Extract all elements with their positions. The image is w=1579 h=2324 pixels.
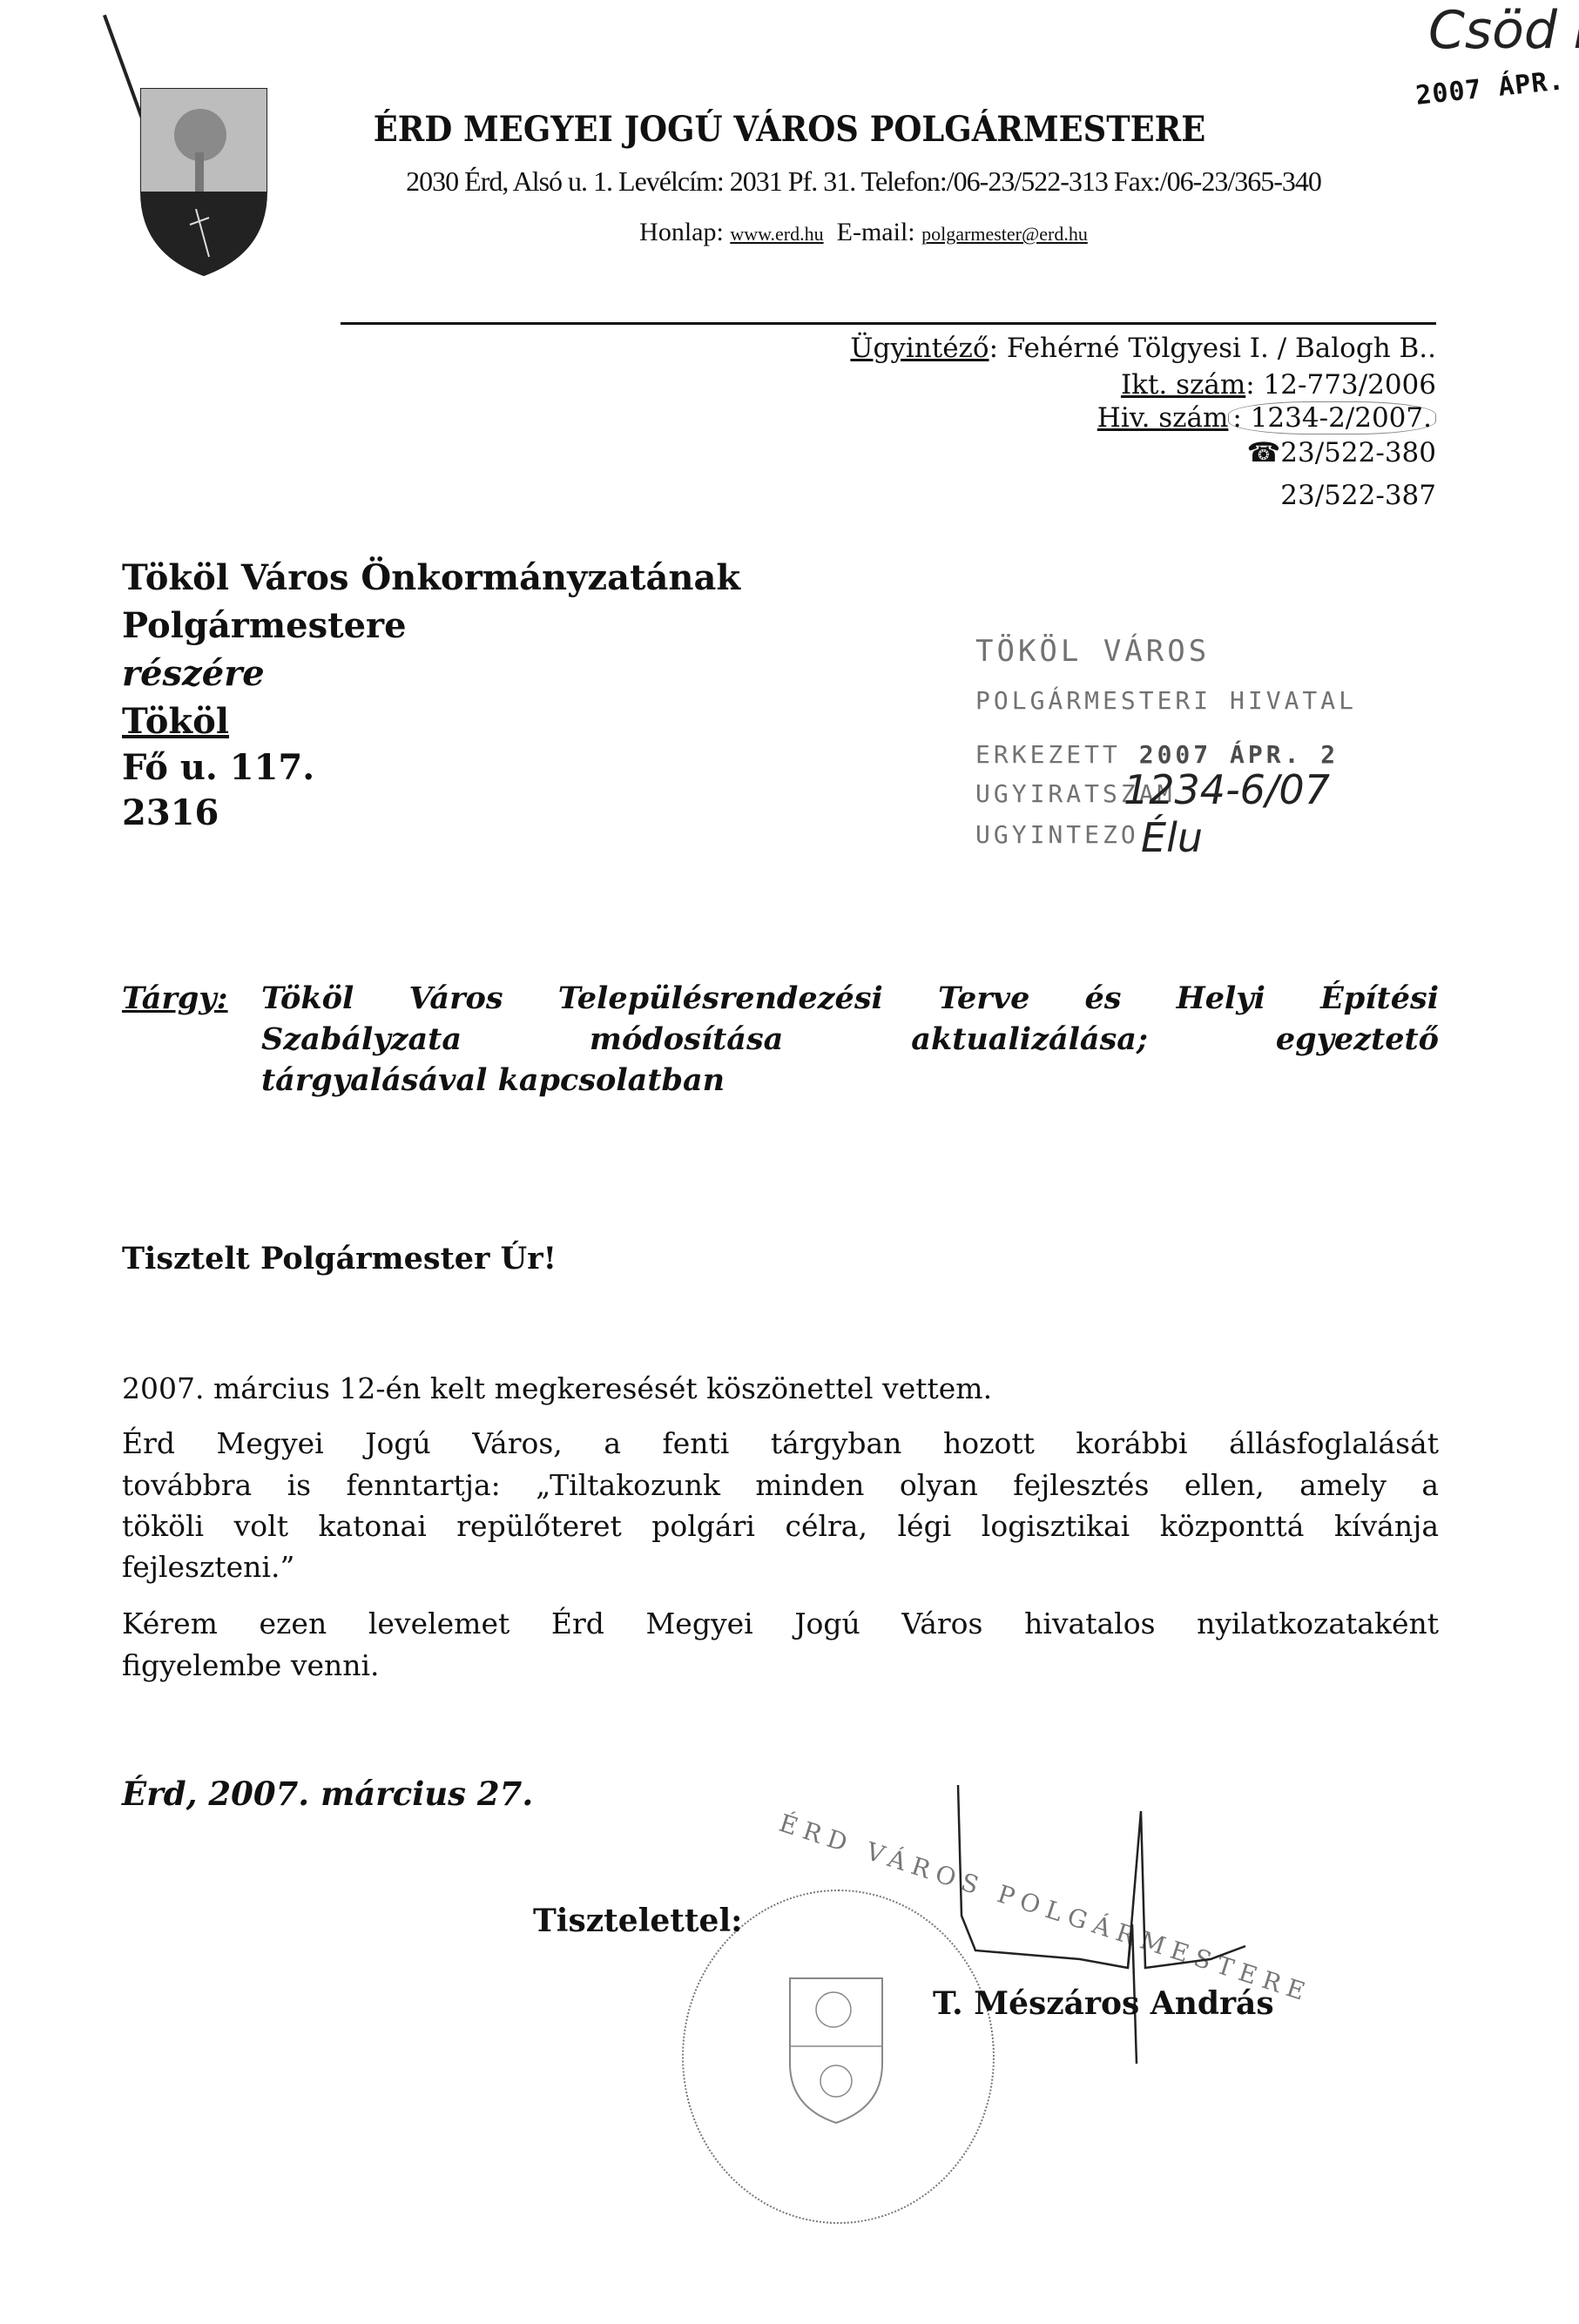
stamp-line-1: TÖKÖL VÁROS — [975, 634, 1210, 669]
header-divider — [341, 322, 1436, 325]
body-p2-line-3: tököli volt katonai repülőteret polgári … — [122, 1509, 1439, 1543]
body-p2-line-1: Érd Megyei Jogú Város, a fenti tárgyban … — [122, 1426, 1439, 1460]
recipient-line-6: 2316 — [122, 792, 219, 833]
homepage-link[interactable]: www.erd.hu — [730, 223, 823, 245]
email-link[interactable]: polgarmester@erd.hu — [921, 223, 1088, 245]
signature — [949, 1785, 1263, 2064]
stamp-file-number: 1234-6/07 — [1124, 766, 1330, 813]
body-paragraph-1: 2007. március 12-én kelt megkeresését kö… — [122, 1371, 1439, 1405]
stamp-received-label: ERKEZETT — [975, 740, 1121, 769]
email-label: E-mail: — [837, 218, 915, 246]
body-p3-line-1: Kérem ezen levelemet Érd Megyei Jogú Vár… — [122, 1607, 1439, 1640]
stamp-received-date: 2007 ÁPR. 2 — [1139, 740, 1339, 769]
ikt-value: : 12-773/2006 — [1245, 369, 1436, 401]
date-place: Érd, 2007. március 27. — [122, 1775, 533, 1813]
recipient-line-5: Fő u. 117. — [122, 747, 314, 788]
hiv-line: Hiv. szám: 1234-2/2007. — [1097, 402, 1436, 434]
received-date-stamp: 2007 ÁPR. 0 2 — [1414, 58, 1579, 111]
letterhead-address: 2030 Érd, Alsó u. 1. Levélcím: 2031 Pf. … — [0, 165, 1579, 198]
subject-line-3: tárgyalásával kapcsolatban — [261, 1062, 725, 1098]
seal-crest-icon — [788, 1977, 884, 2125]
subject-line-2: Szabályzata módosítása aktualizálása; eg… — [261, 1021, 1439, 1057]
stamp-line-5: UGYINTEZO — [975, 820, 1139, 849]
recipient-line-4: Tököl — [122, 701, 229, 742]
signatory-name: T. Mészáros András — [933, 1985, 1274, 2022]
body-p3-line-2: figyelembe venni. — [122, 1648, 1439, 1682]
handler-label: Ügyintéző — [850, 333, 989, 364]
phone-2: 23/522-387 — [1280, 480, 1436, 511]
ikt-line: Ikt. szám: 12-773/2006 — [1121, 369, 1436, 401]
ikt-label: Ikt. szám — [1121, 369, 1245, 401]
pen-mark — [103, 15, 144, 118]
homepage-label: Honlap: — [639, 218, 724, 246]
stamp-handler-initials: Élu — [1141, 814, 1203, 861]
hiv-value: : 1234-2/2007. — [1228, 401, 1436, 434]
closing: Tisztelettel: — [533, 1903, 742, 1939]
phone-1: 23/522-380 — [1280, 437, 1436, 468]
body-p2-line-2: továbbra is fenntartja: „Tiltakozunk min… — [122, 1468, 1439, 1502]
letterhead-title: ÉRD MEGYEI JOGÚ VÁROS POLGÁRMESTERE — [64, 109, 1516, 150]
handler-line: Ügyintéző: Fehérné Tölgyesi I. / Balogh … — [850, 333, 1436, 364]
stamp-line-3: ERKEZETT 2007 ÁPR. 2 — [975, 740, 1339, 769]
recipient-line-3: részére — [122, 653, 265, 694]
body-p2-line-4: fejleszteni.” — [122, 1550, 1439, 1584]
recipient-line-2: Polgármestere — [122, 605, 407, 646]
handwritten-note-top: Csöd Élu — [1428, 0, 1579, 61]
subject-line-1: Tököl Város Településrendezési Terve és … — [261, 980, 1439, 1016]
phone-line-1: ☎23/522-380 — [1247, 437, 1436, 468]
letterhead-contacts: Honlap: www.erd.hu E-mail: polgarmester@… — [0, 218, 1579, 247]
salutation: Tisztelt Polgármester Úr! — [122, 1241, 557, 1277]
hiv-label: Hiv. szám — [1097, 402, 1229, 434]
subject-label: Tárgy: — [122, 980, 228, 1016]
telephone-icon: ☎ — [1247, 437, 1281, 468]
handler-value: : Fehérné Tölgyesi I. / Balogh B.. — [989, 333, 1436, 364]
recipient-line-1: Tököl Város Önkormányzatának — [122, 557, 740, 598]
stamp-line-2: POLGÁRMESTERI HIVATAL — [975, 686, 1357, 715]
